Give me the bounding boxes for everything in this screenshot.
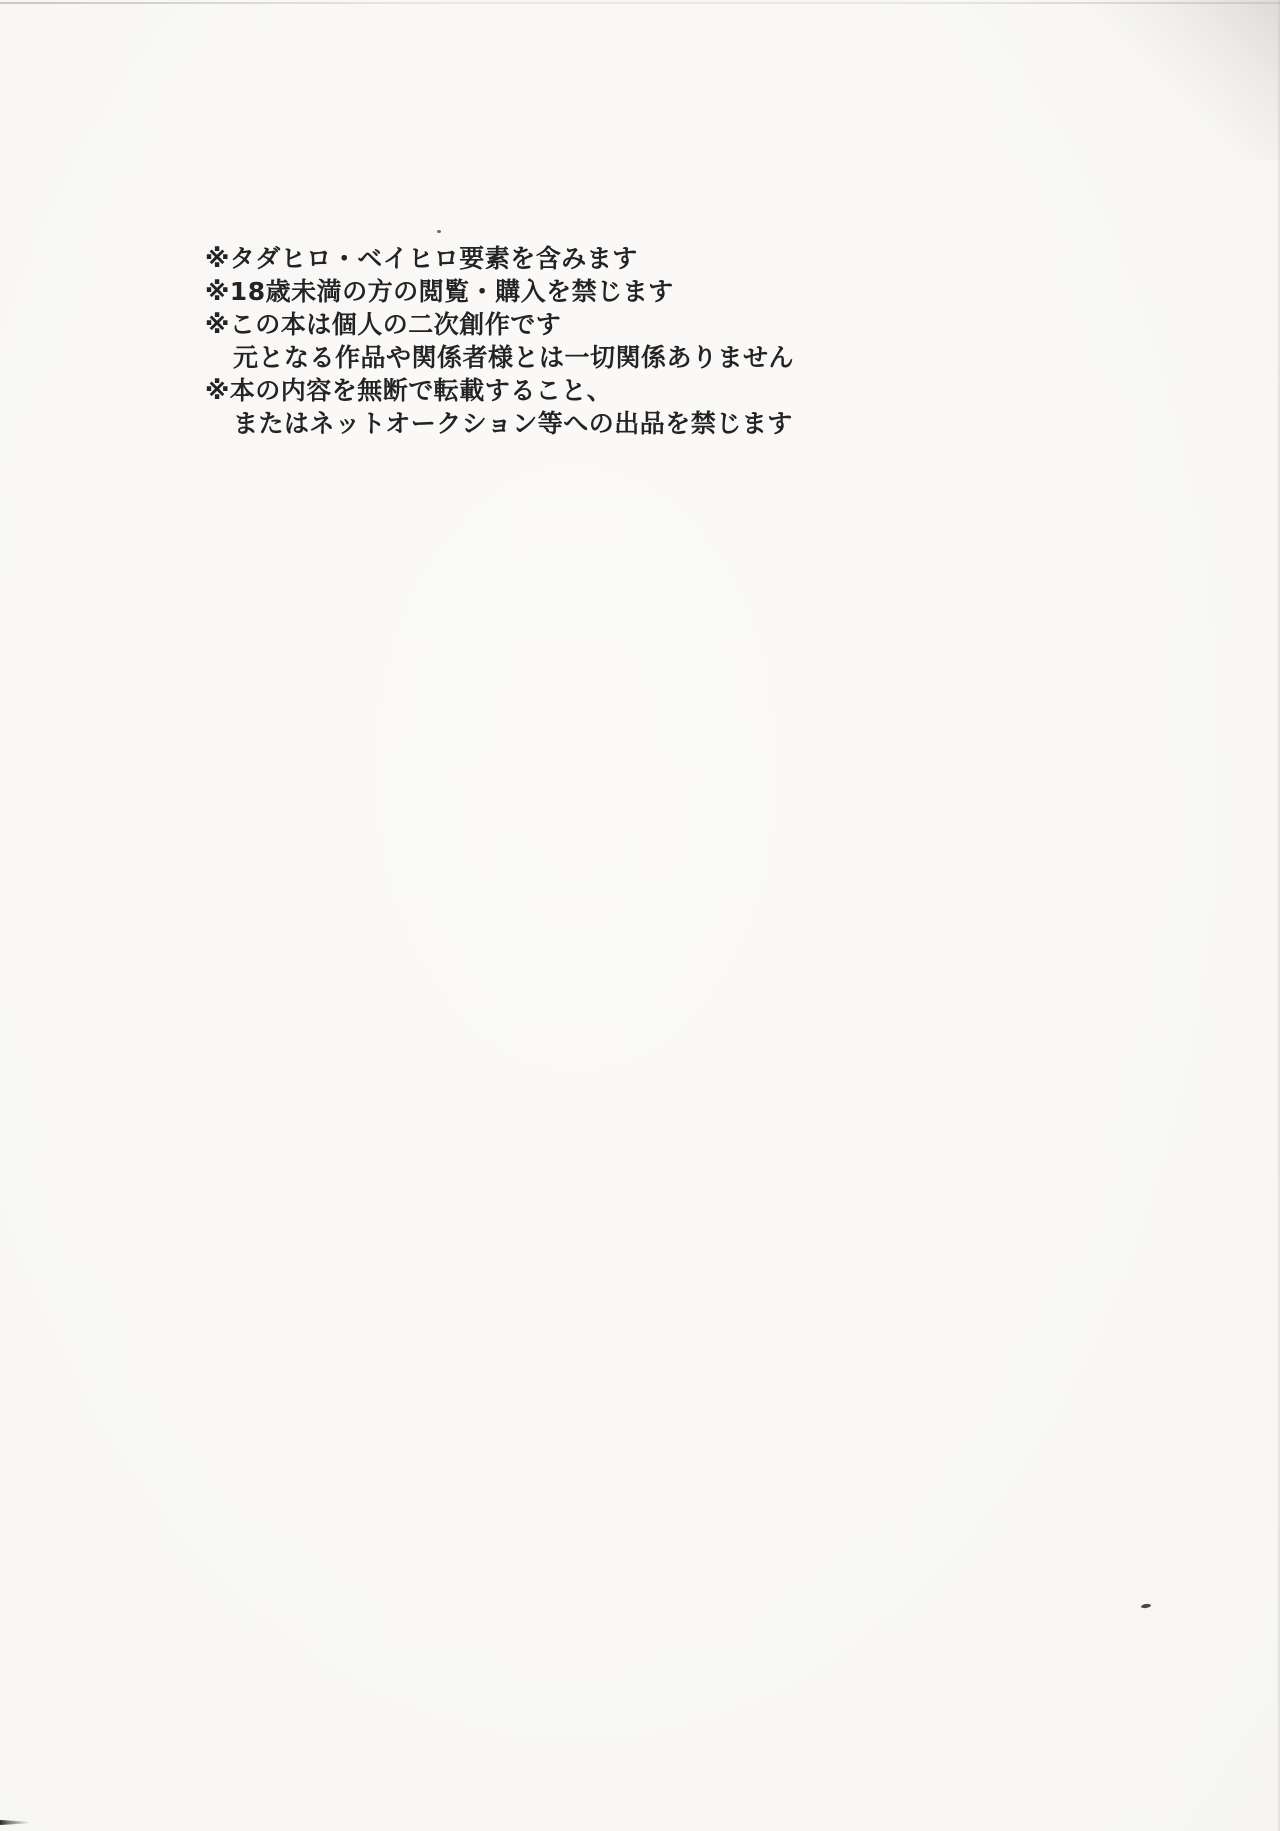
disclaimer-line-4: 元となる作品や関係者様とは一切関係ありません	[205, 341, 794, 374]
scan-speck	[437, 230, 441, 233]
disclaimer-line-6: またはネットオークション等への出品を禁じます	[205, 407, 794, 440]
scan-speck	[1141, 1603, 1151, 1608]
scan-corner-mark	[0, 1820, 30, 1825]
disclaimer-line-5: ※本の内容を無断で転載すること、	[205, 374, 794, 407]
disclaimer-line-2: ※18歳未満の方の閲覧・購入を禁じます	[205, 275, 794, 308]
scan-corner-shadow	[1090, 0, 1280, 160]
scanned-page: ※タダヒロ・ベイヒロ要素を含みます ※18歳未満の方の閲覧・購入を禁じます ※こ…	[0, 0, 1280, 1831]
disclaimer-line-3: ※この本は個人の二次創作です	[205, 308, 794, 341]
disclaimer-line-1: ※タダヒロ・ベイヒロ要素を含みます	[205, 242, 794, 275]
scan-top-edge-line	[0, 2, 1280, 4]
disclaimer-text-block: ※タダヒロ・ベイヒロ要素を含みます ※18歳未満の方の閲覧・購入を禁じます ※こ…	[205, 242, 794, 440]
